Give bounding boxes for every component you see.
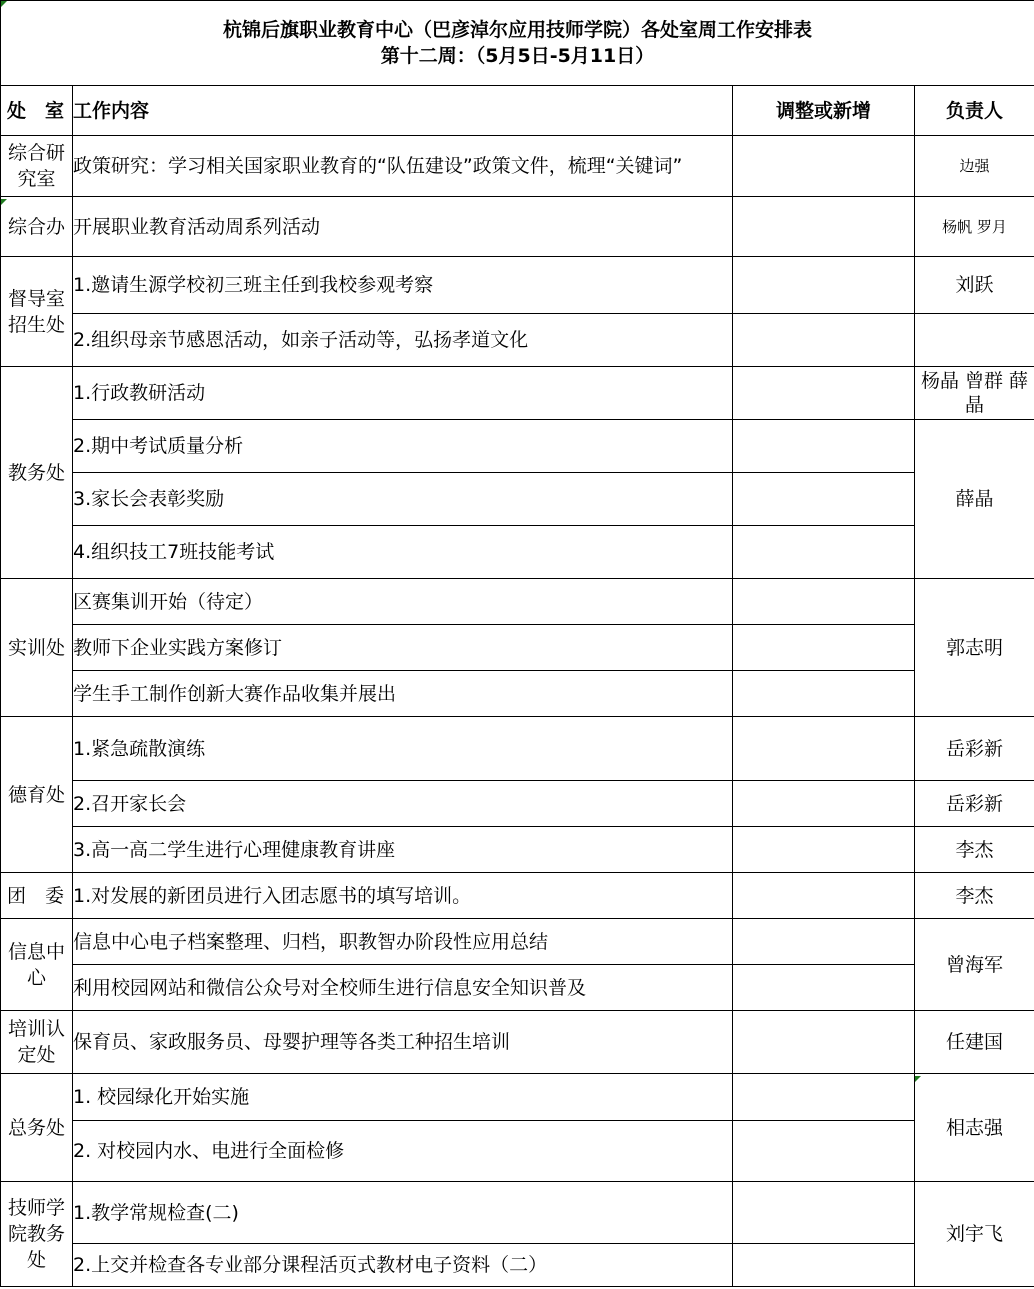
adjust-cell[interactable] [733, 473, 915, 526]
table-row: 2.组织母亲节感恩活动，如亲子活动等，弘扬孝道文化 [1, 314, 1034, 367]
dept-cell[interactable]: 实训处 [1, 579, 73, 717]
table-row: 技师学院教务处 1.教学常规检查(二) 刘宇飞 [1, 1182, 1034, 1244]
weekly-schedule-table: 杭锦后旗职业教育中心（巴彦淖尔应用技师学院）各处室周工作安排表 第十二周：（5月… [0, 0, 1034, 1287]
cell-comment-marker [915, 1076, 921, 1082]
content-cell[interactable]: 2. 对校园内水、电进行全面检修 [73, 1121, 733, 1182]
content-cell[interactable]: 1.教学常规检查(二) [73, 1182, 733, 1244]
owner-cell[interactable]: 郭志明 [915, 579, 1034, 717]
table-row: 督导室招生处 1.邀请生源学校初三班主任到我校参观考察 刘跃 [1, 257, 1034, 314]
table-row: 实训处 区赛集训开始（待定） 郭志明 [1, 579, 1034, 625]
content-cell[interactable]: 政策研究：学习相关国家职业教育的“队伍建设”政策文件，梳理“关键词” [73, 136, 733, 197]
content-cell[interactable]: 1.邀请生源学校初三班主任到我校参观考察 [73, 257, 733, 314]
owner-cell[interactable]: 刘宇飞 [915, 1182, 1034, 1287]
table-row: 综合研究室 政策研究：学习相关国家职业教育的“队伍建设”政策文件，梳理“关键词”… [1, 136, 1034, 197]
content-cell[interactable]: 1. 校园绿化开始实施 [73, 1074, 733, 1121]
adjust-cell[interactable] [733, 1182, 915, 1244]
adjust-cell[interactable] [733, 257, 915, 314]
cell-comment-marker [1, 199, 7, 205]
header-owner[interactable]: 负责人 [915, 86, 1034, 136]
owner-cell[interactable]: 岳彩新 [915, 717, 1034, 781]
adjust-cell[interactable] [733, 136, 915, 197]
content-cell[interactable]: 2.期中考试质量分析 [73, 420, 733, 473]
content-cell[interactable]: 1.对发展的新团员进行入团志愿书的填写培训。 [73, 873, 733, 919]
table-row: 教务处 1.行政教研活动 杨晶 曾群 薛晶 [1, 367, 1034, 420]
title-cell[interactable]: 杭锦后旗职业教育中心（巴彦淖尔应用技师学院）各处室周工作安排表 第十二周：（5月… [1, 1, 1034, 86]
content-cell[interactable]: 开展职业教育活动周系列活动 [73, 197, 733, 257]
title-row: 杭锦后旗职业教育中心（巴彦淖尔应用技师学院）各处室周工作安排表 第十二周：（5月… [1, 1, 1034, 86]
content-cell[interactable]: 1.行政教研活动 [73, 367, 733, 420]
owner-cell[interactable] [915, 314, 1034, 367]
adjust-cell[interactable] [733, 1011, 915, 1074]
cell-comment-marker [1, 1, 7, 7]
content-cell[interactable]: 教师下企业实践方案修订 [73, 625, 733, 671]
adjust-cell[interactable] [733, 717, 915, 781]
adjust-cell[interactable] [733, 579, 915, 625]
owner-cell[interactable]: 刘跃 [915, 257, 1034, 314]
table-row: 2.召开家长会 岳彩新 [1, 781, 1034, 827]
table-row: 利用校园网站和微信公众号对全校师生进行信息安全知识普及 [1, 965, 1034, 1011]
content-cell[interactable]: 2.召开家长会 [73, 781, 733, 827]
dept-cell[interactable]: 督导室招生处 [1, 257, 73, 367]
content-cell[interactable]: 保育员、家政服务员、母婴护理等各类工种招生培训 [73, 1011, 733, 1074]
adjust-cell[interactable] [733, 781, 915, 827]
table-row: 德育处 1.紧急疏散演练 岳彩新 [1, 717, 1034, 781]
content-cell[interactable]: 4.组织技工7班技能考试 [73, 526, 733, 579]
adjust-cell[interactable] [733, 827, 915, 873]
table-row: 3.家长会表彰奖励 [1, 473, 1034, 526]
owner-cell[interactable]: 岳彩新 [915, 781, 1034, 827]
content-cell[interactable]: 3.高一高二学生进行心理健康教育讲座 [73, 827, 733, 873]
dept-cell[interactable]: 总务处 [1, 1074, 73, 1182]
owner-cell[interactable]: 杨晶 曾群 薛晶 [915, 367, 1034, 420]
header-adjust[interactable]: 调整或新增 [733, 86, 915, 136]
content-cell[interactable]: 2.上交并检查各专业部分课程活页式教材电子资料（二） [73, 1244, 733, 1287]
adjust-cell[interactable] [733, 314, 915, 367]
content-cell[interactable]: 3.家长会表彰奖励 [73, 473, 733, 526]
dept-cell[interactable]: 团 委 [1, 873, 73, 919]
adjust-cell[interactable] [733, 873, 915, 919]
adjust-cell[interactable] [733, 919, 915, 965]
adjust-cell[interactable] [733, 1074, 915, 1121]
header-dept[interactable]: 处 室 [1, 86, 73, 136]
dept-cell[interactable]: 综合研究室 [1, 136, 73, 197]
dept-cell[interactable]: 德育处 [1, 717, 73, 873]
adjust-cell[interactable] [733, 197, 915, 257]
adjust-cell[interactable] [733, 625, 915, 671]
table-row: 团 委 1.对发展的新团员进行入团志愿书的填写培训。 李杰 [1, 873, 1034, 919]
table-row: 2. 对校园内水、电进行全面检修 [1, 1121, 1034, 1182]
owner-cell[interactable]: 边强 [915, 136, 1034, 197]
content-cell[interactable]: 2.组织母亲节感恩活动，如亲子活动等，弘扬孝道文化 [73, 314, 733, 367]
dept-cell[interactable]: 教务处 [1, 367, 73, 579]
owner-cell[interactable]: 杨帆 罗月 [915, 197, 1034, 257]
content-cell[interactable]: 区赛集训开始（待定） [73, 579, 733, 625]
content-cell[interactable]: 学生手工制作创新大赛作品收集并展出 [73, 671, 733, 717]
dept-cell[interactable]: 综合办 [1, 197, 73, 257]
owner-cell[interactable]: 李杰 [915, 873, 1034, 919]
owner-cell[interactable]: 任建国 [915, 1011, 1034, 1074]
header-content[interactable]: 工作内容 [73, 86, 733, 136]
sheet-title: 杭锦后旗职业教育中心（巴彦淖尔应用技师学院）各处室周工作安排表 [1, 17, 1034, 43]
table-row: 综合办 开展职业教育活动周系列活动 杨帆 罗月 [1, 197, 1034, 257]
table-row: 4.组织技工7班技能考试 [1, 526, 1034, 579]
table-row: 2.期中考试质量分析 薛晶 [1, 420, 1034, 473]
week-subtitle: 第十二周：（5月5日-5月11日） [1, 43, 1034, 69]
table-row: 3.高一高二学生进行心理健康教育讲座 李杰 [1, 827, 1034, 873]
dept-cell[interactable]: 培训认定处 [1, 1011, 73, 1074]
owner-cell[interactable]: 薛晶 [915, 420, 1034, 579]
content-cell[interactable]: 1.紧急疏散演练 [73, 717, 733, 781]
adjust-cell[interactable] [733, 526, 915, 579]
adjust-cell[interactable] [733, 367, 915, 420]
table-row: 信息中心 信息中心电子档案整理、归档，职教智办阶段性应用总结 曾海军 [1, 919, 1034, 965]
adjust-cell[interactable] [733, 671, 915, 717]
header-row: 处 室 工作内容 调整或新增 负责人 [1, 86, 1034, 136]
content-cell[interactable]: 信息中心电子档案整理、归档，职教智办阶段性应用总结 [73, 919, 733, 965]
table-row: 培训认定处 保育员、家政服务员、母婴护理等各类工种招生培训 任建国 [1, 1011, 1034, 1074]
table-row: 2.上交并检查各专业部分课程活页式教材电子资料（二） [1, 1244, 1034, 1287]
table-row: 学生手工制作创新大赛作品收集并展出 [1, 671, 1034, 717]
table-row: 教师下企业实践方案修订 [1, 625, 1034, 671]
adjust-cell[interactable] [733, 1121, 915, 1182]
dept-cell[interactable]: 信息中心 [1, 919, 73, 1011]
owner-cell[interactable]: 李杰 [915, 827, 1034, 873]
owner-cell[interactable]: 相志强 [915, 1074, 1034, 1182]
table-row: 总务处 1. 校园绿化开始实施 相志强 [1, 1074, 1034, 1121]
adjust-cell[interactable] [733, 1244, 915, 1287]
adjust-cell[interactable] [733, 965, 915, 1011]
dept-cell[interactable]: 技师学院教务处 [1, 1182, 73, 1287]
content-cell[interactable]: 利用校园网站和微信公众号对全校师生进行信息安全知识普及 [73, 965, 733, 1011]
adjust-cell[interactable] [733, 420, 915, 473]
owner-cell[interactable]: 曾海军 [915, 919, 1034, 1011]
